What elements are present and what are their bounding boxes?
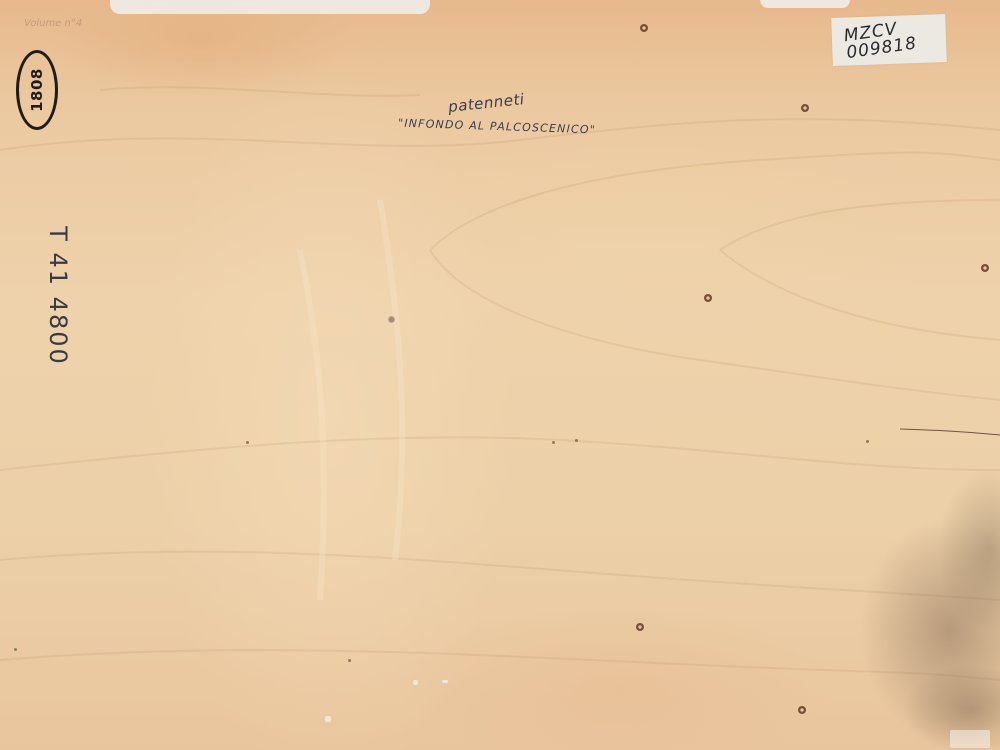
inventory-number: T 41 4800	[44, 226, 72, 366]
faint-pencil-note: Volume n°4	[24, 18, 82, 29]
oval-number-mark: 1808	[16, 50, 58, 130]
paint-chip	[442, 680, 448, 683]
paint-residue	[110, 0, 430, 14]
nail-head	[981, 264, 989, 272]
crack-line	[900, 425, 1000, 437]
paint-residue	[760, 0, 850, 8]
paint-chip	[413, 680, 418, 685]
artist-signature: patenneti	[447, 90, 525, 116]
paint-chip	[950, 730, 990, 748]
wood-speck	[246, 441, 249, 444]
wood-panel-back: Volume n°4 1808 T 41 4800 patenneti "INF…	[0, 0, 1000, 750]
wood-speck	[14, 648, 17, 651]
artwork-title-inscription: "INFONDO AL PALCOSCENICO"	[398, 117, 596, 137]
wood-speck	[866, 440, 869, 443]
nail-head	[636, 623, 644, 631]
oval-number: 1808	[28, 68, 46, 112]
wood-speck	[552, 441, 555, 444]
paint-chip	[325, 716, 331, 722]
nail-head	[388, 316, 395, 323]
wood-speck	[575, 439, 578, 442]
nail-head	[801, 104, 809, 112]
nail-head	[640, 24, 648, 32]
collection-label: MZCV 009818	[831, 14, 947, 66]
nail-head	[798, 706, 806, 714]
nail-head	[704, 294, 712, 302]
wood-speck	[348, 659, 351, 662]
water-stain	[800, 470, 1000, 750]
